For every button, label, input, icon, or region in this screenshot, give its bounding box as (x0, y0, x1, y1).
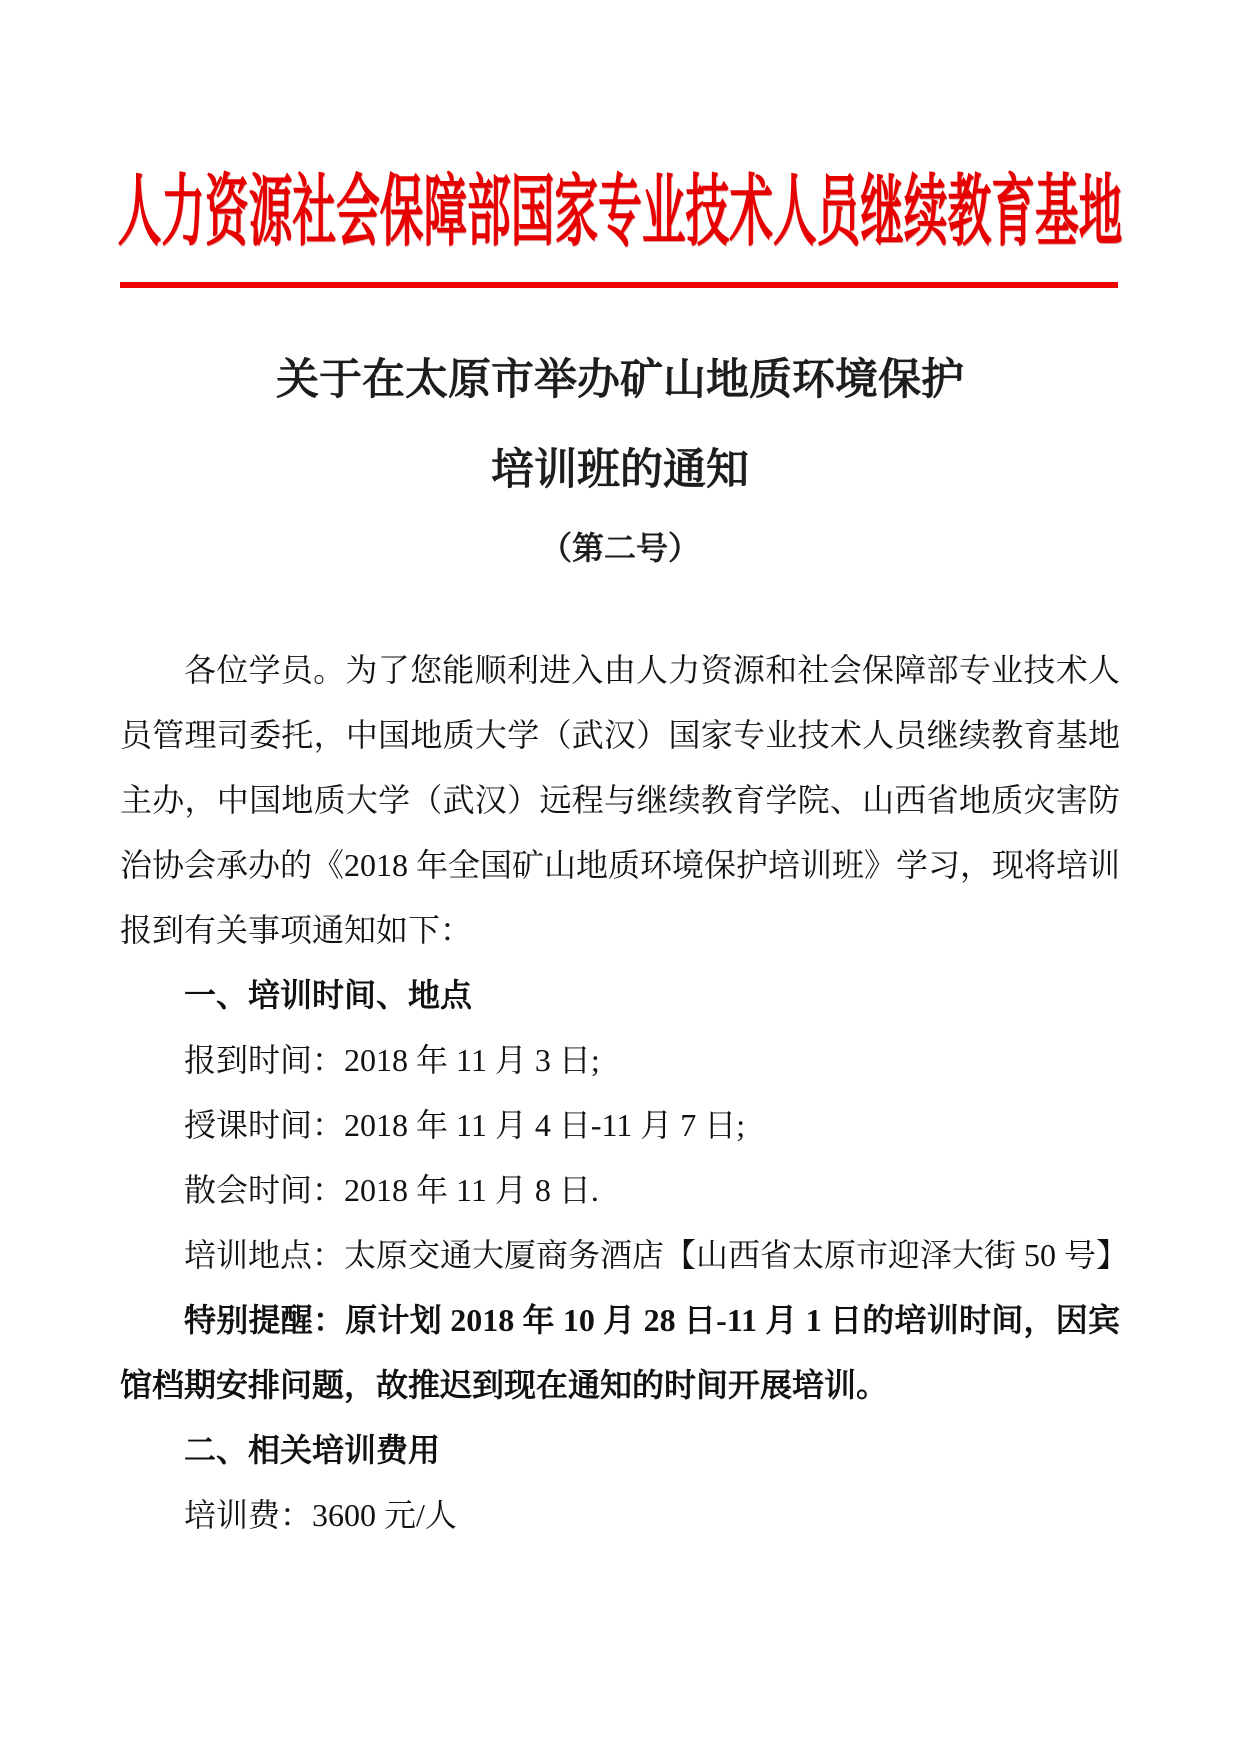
title-line-2: 培训班的通知 (120, 426, 1120, 516)
document-body: 关于在太原市举办矿山地质环境保护 培训班的通知 （第二号） 各位学员。为了您能顺… (120, 336, 1120, 1548)
letterhead-title: 人力资源社会保障部国家专业技术人员继续教育基地 (118, 149, 1123, 261)
title-line-1: 关于在太原市举办矿山地质环境保护 (120, 336, 1120, 426)
closing-time-line: 散会时间：2018 年 11 月 8 日. (120, 1158, 1120, 1223)
section-1-heading: 一、培训时间、地点 (120, 963, 1120, 1028)
training-fee-line: 培训费：3600 元/人 (120, 1483, 1120, 1548)
notice-text-block: 各位学员。为了您能顺利进入由人力资源和社会保障部专业技术人员管理司委托，中国地质… (120, 638, 1120, 1548)
registration-time-line: 报到时间：2018 年 11 月 3 日; (120, 1028, 1120, 1093)
document-subtitle: （第二号） (120, 526, 1120, 570)
special-reminder-paragraph: 特别提醒：原计划 2018 年 10 月 28 日-11 月 1 日的培训时间，… (120, 1288, 1120, 1418)
section-2-heading: 二、相关培训费用 (120, 1418, 1120, 1483)
class-time-line: 授课时间：2018 年 11 月 4 日-11 月 7 日; (120, 1093, 1120, 1158)
venue-line: 培训地点：太原交通大厦商务酒店【山西省太原市迎泽大街 50 号】 (120, 1223, 1120, 1288)
letterhead-divider (120, 282, 1118, 288)
intro-paragraph: 各位学员。为了您能顺利进入由人力资源和社会保障部专业技术人员管理司委托，中国地质… (120, 638, 1120, 963)
letterhead: 人力资源社会保障部国家专业技术人员继续教育基地 (0, 150, 1240, 260)
document-page: 人力资源社会保障部国家专业技术人员继续教育基地 关于在太原市举办矿山地质环境保护… (0, 0, 1240, 1754)
document-title: 关于在太原市举办矿山地质环境保护 培训班的通知 (120, 336, 1120, 516)
